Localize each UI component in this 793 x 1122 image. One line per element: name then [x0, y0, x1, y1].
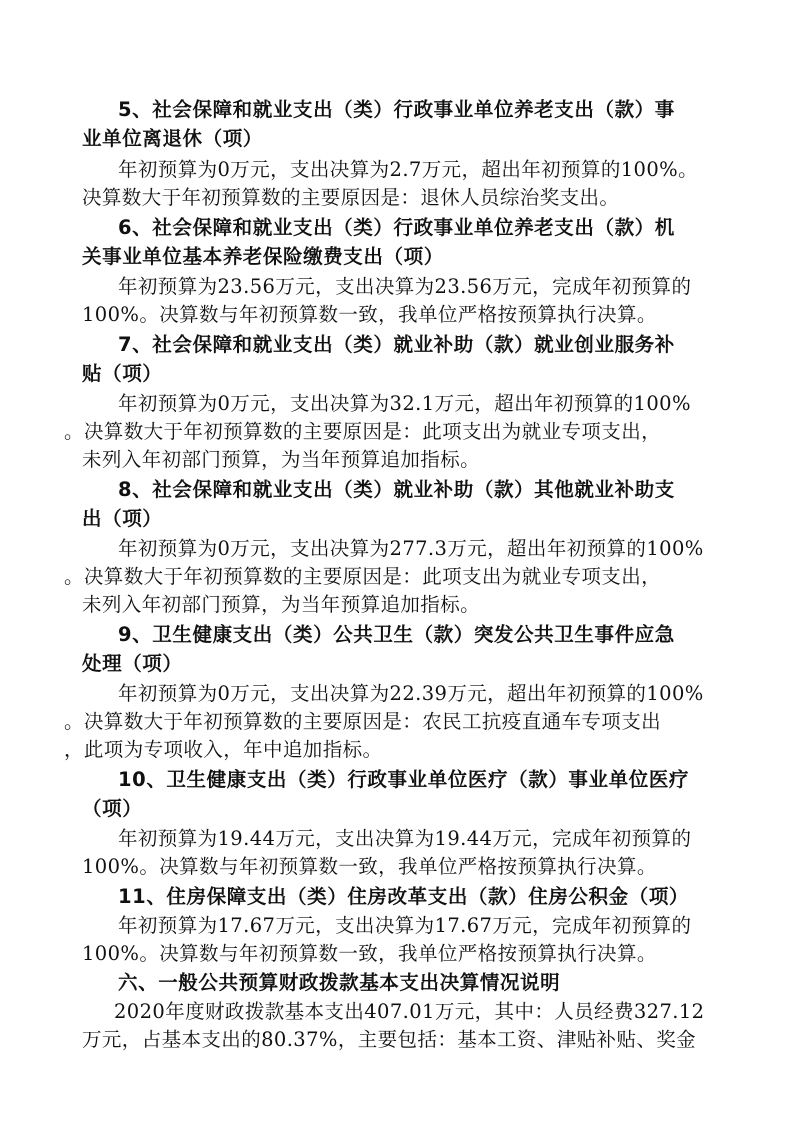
- item-heading: 7、社会保障和就业支出（类）就业补助（款）就业创业服务补: [118, 331, 675, 359]
- item-heading: 关事业单位基本养老保险缴费支出（项）: [82, 243, 444, 271]
- item-body: 100%。决算数与年初预算数一致，我单位严格按预算执行决算。: [82, 940, 657, 968]
- section-body: 2020年度财政拨款基本支出407.01万元，其中：人员经费327.12: [114, 998, 705, 1026]
- item-heading: 11、住房保障支出（类）住房改革支出（款）住房公积金（项）: [118, 883, 689, 911]
- item-heading: 贴（项）: [82, 360, 162, 388]
- item-body: 未列入年初部门预算，为当年预算追加指标。: [82, 591, 480, 619]
- item-body: 100%。决算数与年初预算数一致，我单位严格按预算执行决算。: [82, 853, 657, 881]
- item-body: 年初预算为17.67万元，支出决算为17.67万元，完成年初预算的: [118, 912, 691, 940]
- item-body: 未列入年初部门预算，为当年预算追加指标。: [82, 446, 480, 474]
- item-body: 决算数大于年初预算数的主要原因是：退休人员综治奖支出。: [82, 184, 619, 212]
- item-body: 年初预算为0万元，支出决算为2.7万元，超出年初预算的100%。: [118, 156, 698, 184]
- item-body: 年初预算为23.56万元，支出决算为23.56万元，完成年初预算的: [118, 273, 691, 301]
- item-body: 。决算数大于年初预算数的主要原因是：此项支出为就业专项支出，: [64, 418, 661, 446]
- item-heading: 处理（项）: [82, 650, 183, 678]
- section-body: 万元，占基本支出的80.37%，主要包括：基本工资、津贴补贴、奖金: [82, 1026, 696, 1054]
- item-body: 年初预算为19.44万元，支出决算为19.44万元，完成年初预算的: [118, 825, 691, 853]
- item-body: 年初预算为0万元，支出决算为32.1万元，超出年初预算的100%: [118, 390, 691, 418]
- item-heading: （项）: [82, 795, 142, 823]
- item-heading: 业单位离退休（项）: [82, 125, 263, 153]
- document-page: 5、社会保障和就业支出（类）行政事业单位养老支出（款）事 业单位离退休（项） 年…: [0, 0, 793, 1122]
- item-body: 。决算数大于年初预算数的主要原因是：此项支出为就业专项支出，: [64, 563, 661, 591]
- item-body: 100%。决算数与年初预算数一致，我单位严格按预算执行决算。: [82, 301, 657, 329]
- item-body: 年初预算为0万元，支出决算为277.3万元，超出年初预算的100%: [118, 535, 704, 563]
- item-body: 。决算数大于年初预算数的主要原因是：农民工抗疫直通车专项支出: [64, 708, 661, 736]
- item-heading: 5、社会保障和就业支出（类）行政事业单位养老支出（款）事: [118, 96, 675, 124]
- item-heading: 9、卫生健康支出（类）公共卫生（款）突发公共卫生事件应急: [118, 621, 675, 649]
- item-heading: 出（项）: [82, 505, 162, 533]
- item-heading: 8、社会保障和就业支出（类）就业补助（款）其他就业补助支: [118, 476, 675, 504]
- item-heading: 10、卫生健康支出（类）行政事业单位医疗（款）事业单位医疗: [118, 766, 689, 794]
- item-body: ，此项为专项收入，年中追加指标。: [64, 736, 382, 764]
- section-heading: 六、一般公共预算财政拨款基本支出决算情况说明: [118, 969, 560, 997]
- item-body: 年初预算为0万元，支出决算为22.39万元，超出年初预算的100%: [118, 680, 704, 708]
- item-heading: 6、社会保障和就业支出（类）行政事业单位养老支出（款）机: [118, 214, 675, 242]
